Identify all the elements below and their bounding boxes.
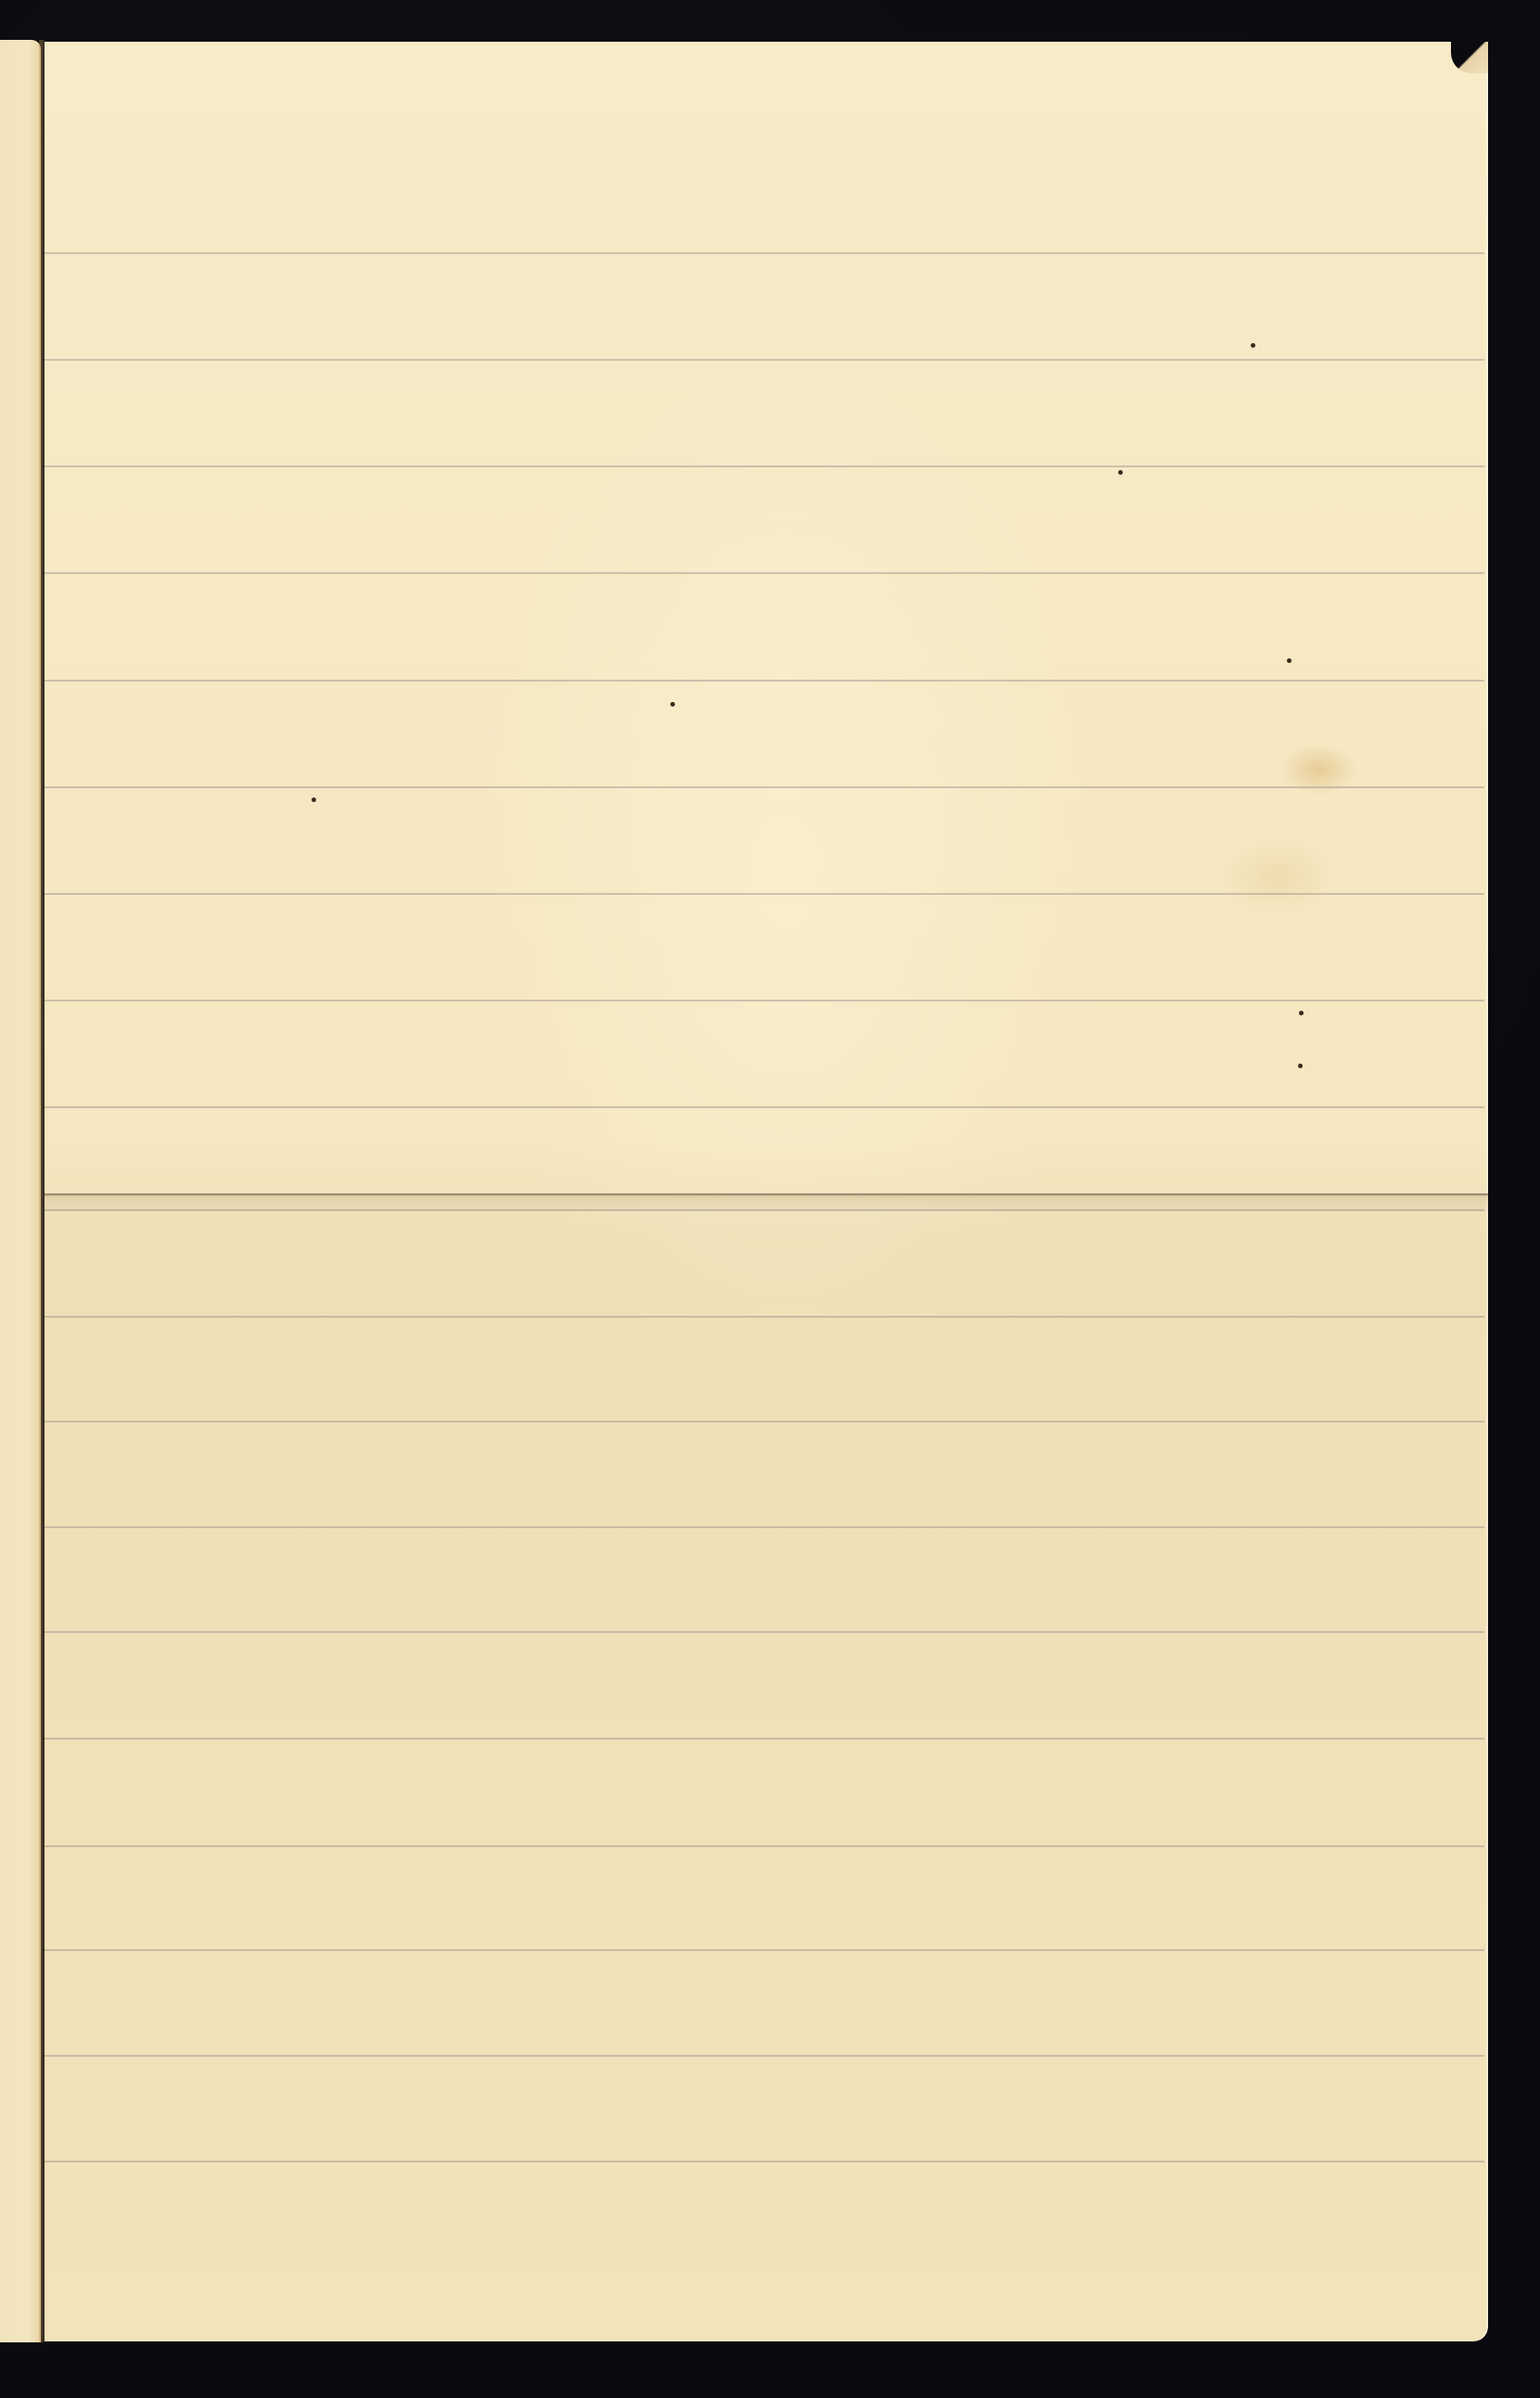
curled-corner: [1451, 42, 1488, 73]
fold-crease-line: [45, 1193, 1488, 1195]
ruled-line: [45, 1631, 1484, 1633]
ink-speck: [1299, 1011, 1304, 1015]
ink-speck: [1251, 343, 1255, 348]
ruled-line: [45, 359, 1484, 361]
ruled-line: [45, 466, 1484, 467]
ruled-line: [45, 1000, 1484, 1001]
ruled-line: [45, 1421, 1484, 1422]
ruled-line: [45, 893, 1484, 895]
ruled-line: [45, 680, 1484, 682]
ruled-line: [45, 1845, 1484, 1847]
ruled-line: [45, 1316, 1484, 1318]
ruled-line: [45, 1526, 1484, 1528]
ruled-line: [45, 786, 1484, 788]
ruled-line: [45, 1738, 1484, 1740]
ink-speck: [1118, 470, 1123, 475]
lined-paper-sheet: [45, 42, 1488, 2341]
ruled-line: [45, 2161, 1484, 2162]
adjacent-left-page: [0, 40, 41, 2342]
ink-speck: [312, 797, 316, 802]
ruled-line: [45, 1209, 1484, 1211]
ruled-line: [45, 1106, 1484, 1108]
ruled-line: [45, 2055, 1484, 2057]
ink-speck: [1287, 658, 1292, 663]
ruled-line: [45, 1949, 1484, 1951]
ruled-line: [45, 252, 1484, 254]
ink-speck: [670, 702, 675, 707]
ink-speck: [1298, 1064, 1303, 1068]
ruled-line: [45, 572, 1484, 574]
